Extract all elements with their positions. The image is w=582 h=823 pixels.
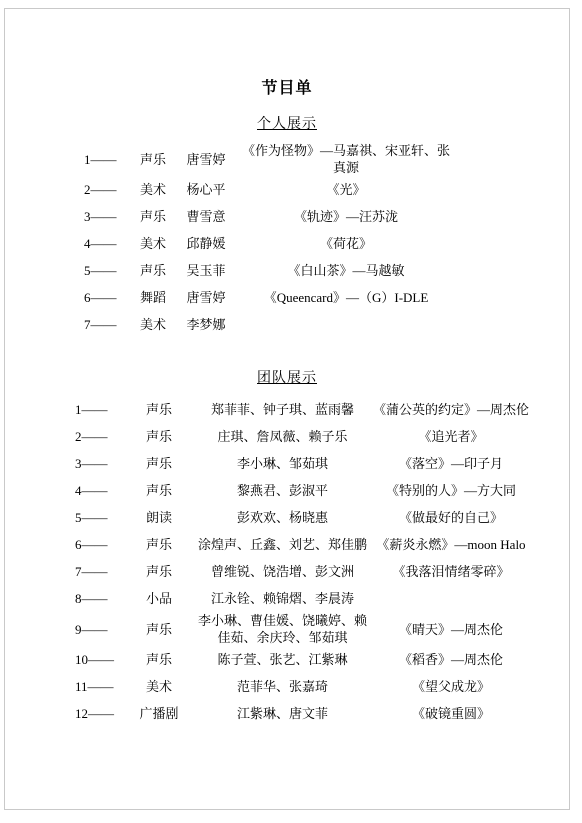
- team-heading-wrap: 团队展示: [5, 367, 569, 387]
- program-performers: 曹雪意: [172, 208, 240, 225]
- program-number: 5——: [84, 262, 134, 279]
- program-category: 声乐: [125, 536, 193, 553]
- program-category: 朗读: [125, 509, 193, 526]
- document-title: 节目单: [5, 75, 569, 98]
- program-number: 10——: [75, 651, 125, 668]
- program-number: 2——: [84, 181, 134, 198]
- program-work: 《追光者》: [372, 428, 530, 445]
- program-category: 声乐: [125, 455, 193, 472]
- program-row: 5——朗读彭欢欢、杨晓惠《做最好的自己》: [75, 504, 569, 531]
- program-row: 3——声乐曹雪意《轨迹》—汪苏泷: [84, 203, 569, 230]
- program-number: 3——: [84, 208, 134, 225]
- program-category: 广播剧: [125, 705, 193, 722]
- program-category: 美术: [125, 678, 193, 695]
- program-row: 10——声乐陈子萱、张艺、江紫琳《稻香》—周杰伦: [75, 646, 569, 673]
- program-work: 《晴天》—周杰伦: [372, 621, 530, 638]
- program-number: 5——: [75, 509, 125, 526]
- program-category: 声乐: [134, 208, 172, 225]
- program-row: 6——声乐涂煌声、丘鑫、刘艺、郑佳鹏《薪炎永燃》—moon Halo: [75, 531, 569, 558]
- program-row: 7——美术李梦娜: [84, 311, 569, 338]
- program-category: 声乐: [125, 428, 193, 445]
- program-performers: 唐雪婷: [172, 289, 240, 306]
- program-performers: 黎燕君、彭淑平: [193, 482, 372, 499]
- program-performers: 杨心平: [172, 181, 240, 198]
- program-work: 《蒲公英的约定》—周杰伦: [372, 401, 530, 418]
- program-row: 8——小品江永铨、赖锦熠、李晨涛: [75, 585, 569, 612]
- program-number: 3——: [75, 455, 125, 472]
- program-row: 1——声乐唐雪婷《作为怪物》—马嘉祺、宋亚轩、张真源: [84, 142, 569, 176]
- program-category: 声乐: [134, 151, 172, 168]
- program-row: 3——声乐李小琳、邹茹琪《落空》—印子月: [75, 450, 569, 477]
- team-program-rows: 1——声乐郑菲菲、钟子琪、蓝雨馨《蒲公英的约定》—周杰伦2——声乐庄琪、詹凤薇、…: [5, 396, 569, 727]
- program-number: 4——: [75, 482, 125, 499]
- program-category: 声乐: [125, 401, 193, 418]
- program-number: 9——: [75, 621, 125, 638]
- program-row: 4——声乐黎燕君、彭淑平《特别的人》—方大同: [75, 477, 569, 504]
- program-work: 《薪炎永燃》—moon Halo: [372, 536, 530, 553]
- program-work: 《白山茶》—马越敏: [240, 262, 452, 279]
- program-performers: 江永铨、赖锦熠、李晨涛: [193, 590, 372, 607]
- program-row: 5——声乐吴玉菲《白山茶》—马越敏: [84, 257, 569, 284]
- program-work: 《作为怪物》—马嘉祺、宋亚轩、张真源: [240, 142, 452, 176]
- program-category: 声乐: [125, 482, 193, 499]
- program-row: 2——美术杨心平《光》: [84, 176, 569, 203]
- program-row: 2——声乐庄琪、詹凤薇、赖子乐《追光者》: [75, 423, 569, 450]
- program-work: 《我落泪情绪零碎》: [372, 563, 530, 580]
- program-work: 《特别的人》—方大同: [372, 482, 530, 499]
- program-work: 《荷花》: [240, 235, 452, 252]
- program-work: 《落空》—印子月: [372, 455, 530, 472]
- program-number: 8——: [75, 590, 125, 607]
- program-row: 12——广播剧江紫琳、唐文菲《破镜重圆》: [75, 700, 569, 727]
- program-number: 4——: [84, 235, 134, 252]
- program-work: 《光》: [240, 181, 452, 198]
- program-performers: 江紫琳、唐文菲: [193, 705, 372, 722]
- program-performers: 李小琳、邹茹琪: [193, 455, 372, 472]
- program-category: 舞蹈: [134, 289, 172, 306]
- program-category: 声乐: [125, 621, 193, 638]
- individual-program-rows: 1——声乐唐雪婷《作为怪物》—马嘉祺、宋亚轩、张真源2——美术杨心平《光》3——…: [5, 142, 569, 338]
- program-row: 11——美术范菲华、张嘉琦《望父成龙》: [75, 673, 569, 700]
- program-performers: 李小琳、曹佳媛、饶曦婷、赖佳茹、余庆玲、邹茹琪: [193, 612, 372, 646]
- program-number: 6——: [84, 289, 134, 306]
- program-performers: 唐雪婷: [172, 151, 240, 168]
- program-performers: 陈子萱、张艺、江紫琳: [193, 651, 372, 668]
- program-work: 《做最好的自己》: [372, 509, 530, 526]
- program-category: 声乐: [125, 563, 193, 580]
- program-work: 《稻香》—周杰伦: [372, 651, 530, 668]
- program-number: 11——: [75, 678, 125, 695]
- program-category: 声乐: [134, 262, 172, 279]
- program-performers: 范菲华、张嘉琦: [193, 678, 372, 695]
- individual-section-heading: 个人展示: [257, 113, 317, 133]
- program-work: 《破镜重圆》: [372, 705, 530, 722]
- program-number: 1——: [75, 401, 125, 418]
- program-performers: 郑菲菲、钟子琪、蓝雨馨: [193, 401, 372, 418]
- individual-heading-wrap: 个人展示: [5, 113, 569, 133]
- program-row: 6——舞蹈唐雪婷《Queencard》—（G）I-DLE: [84, 284, 569, 311]
- program-performers: 彭欢欢、杨晓惠: [193, 509, 372, 526]
- program-category: 美术: [134, 235, 172, 252]
- team-section-heading: 团队展示: [257, 367, 317, 387]
- program-number: 6——: [75, 536, 125, 553]
- program-row: 9——声乐李小琳、曹佳媛、饶曦婷、赖佳茹、余庆玲、邹茹琪《晴天》—周杰伦: [75, 612, 569, 646]
- program-category: 小品: [125, 590, 193, 607]
- program-performers: 吴玉菲: [172, 262, 240, 279]
- program-category: 声乐: [125, 651, 193, 668]
- program-row: 1——声乐郑菲菲、钟子琪、蓝雨馨《蒲公英的约定》—周杰伦: [75, 396, 569, 423]
- program-work: 《轨迹》—汪苏泷: [240, 208, 452, 225]
- program-performers: 涂煌声、丘鑫、刘艺、郑佳鹏: [193, 536, 372, 553]
- program-number: 7——: [84, 316, 134, 333]
- program-performers: 李梦娜: [172, 316, 240, 333]
- program-row: 4——美术邱静媛《荷花》: [84, 230, 569, 257]
- program-work: 《望父成龙》: [372, 678, 530, 695]
- program-number: 12——: [75, 705, 125, 722]
- section-team: 团队展示 1——声乐郑菲菲、钟子琪、蓝雨馨《蒲公英的约定》—周杰伦2——声乐庄琪…: [5, 367, 569, 727]
- program-category: 美术: [134, 181, 172, 198]
- document-page: 节目单 个人展示 1——声乐唐雪婷《作为怪物》—马嘉祺、宋亚轩、张真源2——美术…: [4, 8, 570, 810]
- program-performers: 邱静媛: [172, 235, 240, 252]
- program-category: 美术: [134, 316, 172, 333]
- section-individual: 个人展示 1——声乐唐雪婷《作为怪物》—马嘉祺、宋亚轩、张真源2——美术杨心平《…: [5, 113, 569, 338]
- program-number: 2——: [75, 428, 125, 445]
- program-number: 1——: [84, 151, 134, 168]
- program-performers: 庄琪、詹凤薇、赖子乐: [193, 428, 372, 445]
- program-number: 7——: [75, 563, 125, 580]
- program-work: 《Queencard》—（G）I-DLE: [240, 289, 452, 306]
- program-performers: 曾维锐、饶浩增、彭文洲: [193, 563, 372, 580]
- program-row: 7——声乐曾维锐、饶浩增、彭文洲《我落泪情绪零碎》: [75, 558, 569, 585]
